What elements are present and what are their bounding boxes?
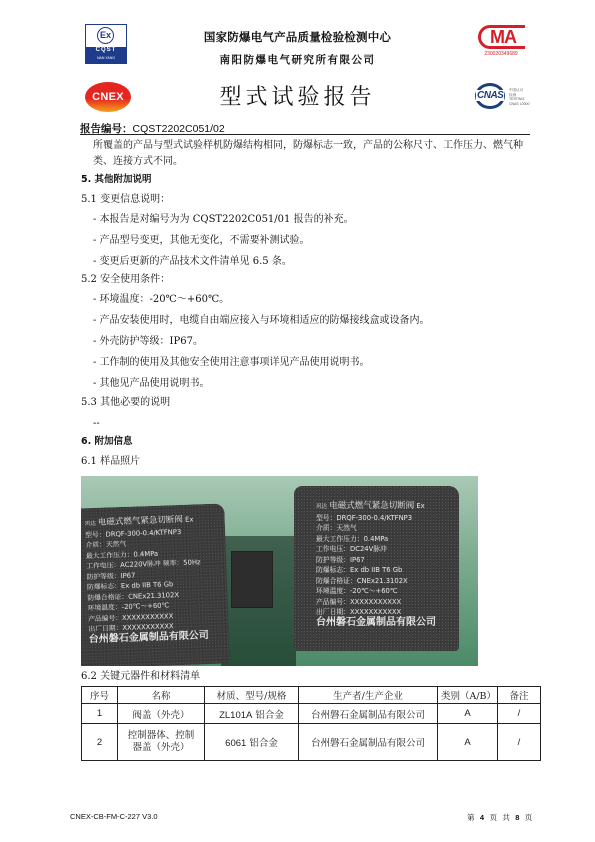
sample-photo: 巩达 电磁式燃气紧急切断阀 Ex 型号：DRQF-300-0.4/KTFNP3 … [81,476,478,666]
section-5-2-heading: 5.2 安全使用条件： [81,272,170,288]
section-5-heading: 5. 其他附加说明 [81,172,152,188]
page-title: 型式试验报告 [0,80,595,111]
cell-name: 控制器体、控制 器盖（外壳） [118,724,205,761]
key-components-table: 序号 名称 材质、型号/规格 生产者/生产企业 类别（A/B） 备注 1 阀盖（… [81,686,541,761]
cell-name: 阀盖（外壳） [118,704,205,724]
org-name-secondary: 南阳防爆电气研究所有限公司 [0,52,595,67]
cell-remark: / [498,704,541,724]
col-header-maker: 生产者/生产企业 [299,687,438,704]
col-header-no: 序号 [82,687,118,704]
page-indicator: 第 4 页 共 8 页 [467,812,534,823]
table-row: 1 阀盖（外壳） ZL101A 铝合金 台州磐石金属制品有限公司 A / [82,704,541,724]
cell-spec: 6061 铝合金 [205,724,299,761]
table-row: 2 控制器体、控制 器盖（外壳） 6061 铝合金 台州磐石金属制品有限公司 A… [82,724,541,761]
intro-line-1: 所覆盖的产品与型式试验样机防爆结构相同，防爆标志一致，产品的公称尺寸、工作压力、… [93,138,533,154]
cell-no: 1 [82,704,118,724]
cell-maker: 台州磐石金属制品有限公司 [299,704,438,724]
cell-category: A [438,704,498,724]
list-item: - 产品安装使用时，电缆自由端应接入与环境相适应的防爆接线盒或设备内。 [93,313,430,329]
section-6-1-heading: 6.1 样品照片 [81,454,140,470]
cell-no: 2 [82,724,118,761]
section-5-3-content: -- [93,416,100,432]
col-header-name: 名称 [118,687,205,704]
header-divider [80,134,530,135]
list-item: - 外壳防护等级：IP67。 [93,334,203,350]
connector-block [231,551,273,608]
list-item: - 本报告是对编号为为 CQST2202C051/01 报告的补充。 [93,212,354,228]
section-6-heading: 6. 附加信息 [81,434,133,450]
org-name-primary: 国家防爆电气产品质量检验检测中心 [0,29,595,45]
device-left: 巩达 电磁式燃气紧急切断阀 Ex 型号：DRQF-300-0.4/KTFNP3 … [81,503,230,666]
list-item: - 其他见产品使用说明书。 [93,376,210,392]
nameplate-left: 巩达 电磁式燃气紧急切断阀 Ex 型号：DRQF-300-0.4/KTFNP3 … [85,514,209,645]
nameplate-right: 巩达 电磁式燃气紧急切断阀 Ex 型号：DRQF-300-0.4/KTFNP3 … [316,501,436,628]
list-item: - 环境温度：-20℃～+60℃。 [93,292,229,308]
device-right: 巩达 电磁式燃气紧急切断阀 Ex 型号：DRQF-300-0.4/KTFNP3 … [294,486,459,651]
col-header-remark: 备注 [498,687,541,704]
cell-maker: 台州磐石金属制品有限公司 [299,724,438,761]
col-header-category: 类别（A/B） [438,687,498,704]
section-5-3-heading: 5.3 其他必要的说明 [81,395,170,411]
section-5-1-heading: 5.1 变更信息说明： [81,192,170,208]
intro-line-2: 类、连接方式不同。 [93,154,533,170]
cell-remark: / [498,724,541,761]
cell-category: A [438,724,498,761]
section-6-2-heading: 6.2 关键元器件和材料清单 [81,669,200,685]
list-item: - 变更后更新的产品技术文件清单见 6.5 条。 [93,254,292,270]
list-item: - 工作制的使用及其他安全使用注意事项详见产品使用说明书。 [93,355,370,371]
list-item: - 产品型号变更，其他无变化，不需要补测试验。 [93,233,310,249]
table-header-row: 序号 名称 材质、型号/规格 生产者/生产企业 类别（A/B） 备注 [82,687,541,704]
cell-spec: ZL101A 铝合金 [205,704,299,724]
col-header-spec: 材质、型号/规格 [205,687,299,704]
form-code: CNEX-CB-FM-C-227 V3.0 [70,812,158,821]
